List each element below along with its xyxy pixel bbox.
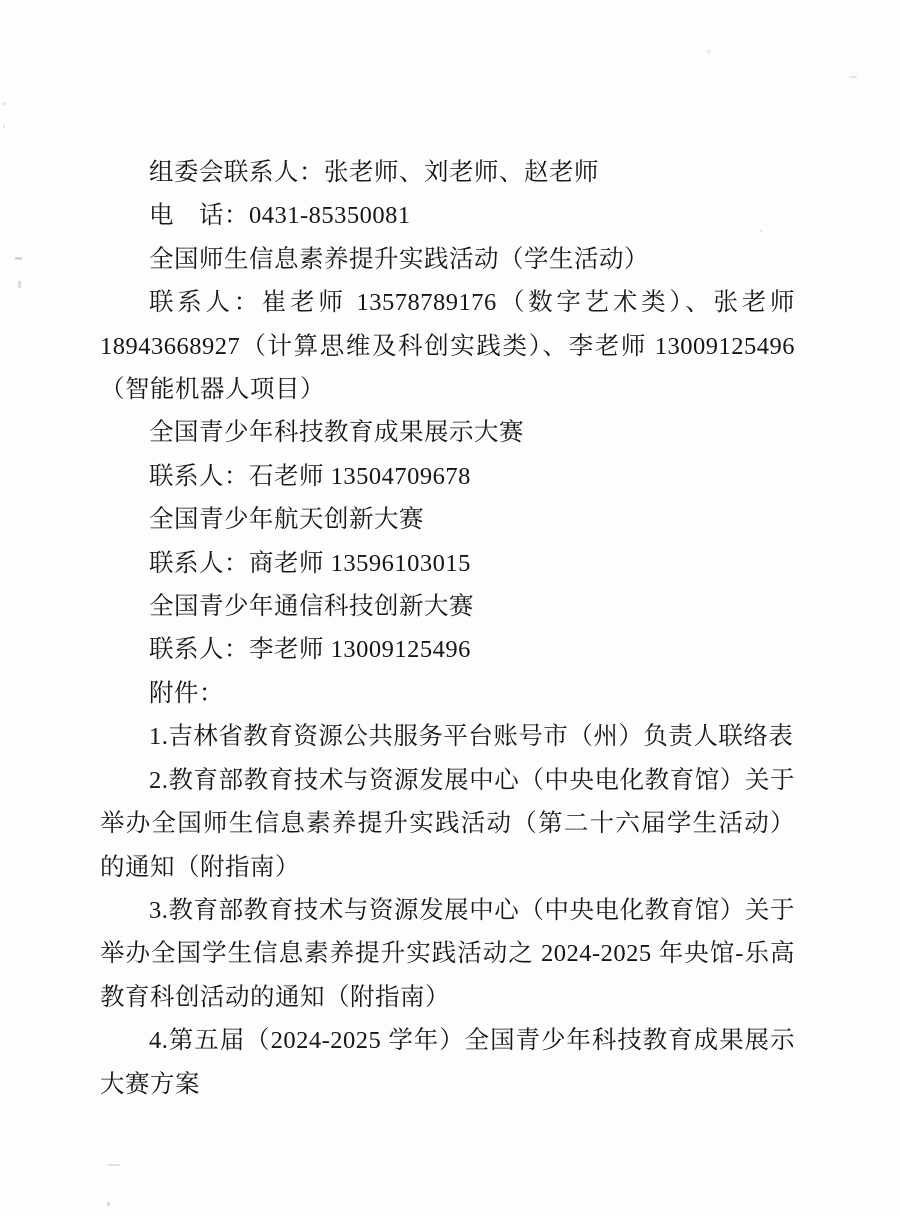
document-body: 组委会联系人：张老师、刘老师、赵老师 电 话：0431-85350081 全国师… xyxy=(100,151,795,1106)
scan-speck xyxy=(18,281,21,288)
attachment-item-2: 2.教育部教育技术与资源发展中心（中央电化教育馆）关于举办全国师生信息素养提升实… xyxy=(100,759,795,889)
scan-speck xyxy=(849,76,857,78)
scanned-document-page: 组委会联系人：张老师、刘老师、赵老师 电 话：0431-85350081 全国师… xyxy=(0,0,900,1216)
line-contest-tech-achievement: 全国青少年科技教育成果展示大赛 xyxy=(100,411,795,454)
scan-speck xyxy=(707,50,710,53)
attachment-item-1: 1.吉林省教育资源公共服务平台账号市（州）负责人联络表 xyxy=(100,715,795,758)
attachment-item-3: 3.教育部教育技术与资源发展中心（中央电化教育馆）关于举办全国学生信息素养提升实… xyxy=(100,889,795,1019)
scan-speck xyxy=(108,1164,120,1166)
scan-speck xyxy=(3,124,5,128)
line-contest-communication-contact: 联系人：李老师 13009125496 xyxy=(100,628,795,671)
line-activity-student-contacts: 联系人：崔老师 13578789176（数字艺术类）、张老师 189436689… xyxy=(100,281,795,411)
line-contest-tech-achievement-contact: 联系人：石老师 13504709678 xyxy=(100,455,795,498)
line-activity-student: 全国师生信息素养提升实践活动（学生活动） xyxy=(100,238,795,281)
scan-speck xyxy=(107,1202,110,1206)
line-contest-aerospace: 全国青少年航天创新大赛 xyxy=(100,498,795,541)
attachment-item-4: 4.第五届（2024-2025 学年）全国青少年科技教育成果展示大赛方案 xyxy=(100,1019,795,1106)
scan-speck xyxy=(3,102,6,105)
scan-speck xyxy=(15,257,22,260)
line-committee-contacts: 组委会联系人：张老师、刘老师、赵老师 xyxy=(100,151,795,194)
line-attachments-heading: 附件： xyxy=(100,672,795,715)
line-contest-communication: 全国青少年通信科技创新大赛 xyxy=(100,585,795,628)
line-phone: 电 话：0431-85350081 xyxy=(100,194,795,237)
line-contest-aerospace-contact: 联系人：商老师 13596103015 xyxy=(100,542,795,585)
